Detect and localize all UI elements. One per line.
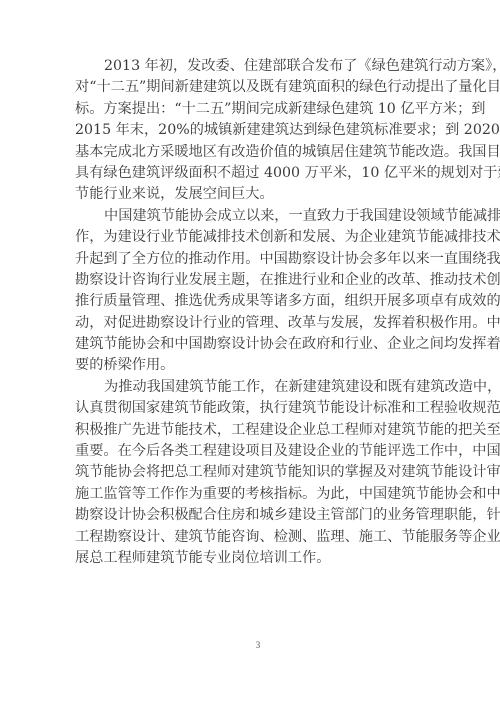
text-line: 勘察设计协会积极配合住房和城乡建设主管部门的业务管理职能，针对 <box>75 505 441 526</box>
text-line: 积极推广先进节能技术，工程建设企业总工程师对建筑节能的把关至关 <box>75 420 441 441</box>
text-line: 重要。在今后各类工程建设项目及建设企业的节能评选工作中，中国建 <box>75 441 441 462</box>
text-line: 建筑节能协会和中国勘察设计协会在政府和行业、企业之间均发挥着重 <box>75 334 441 355</box>
paragraph-2: 中国建筑节能协会成立以来，一直致力于我国建设领域节能减排工 作，为建设行业节能减… <box>75 206 441 377</box>
text-line: 筑节能协会将把总工程师对建筑节能知识的掌握及对建筑节能设计审图、 <box>75 462 441 483</box>
text-line: 施工监管等工作作为重要的考核指标。为此，中国建筑节能协会和中国 <box>75 484 441 505</box>
text-line: 升起到了全方位的推动作用。中国勘察设计协会多年以来一直围绕我国 <box>75 249 441 270</box>
body-text: 2013 年初，发改委、住建部联合发布了《绿色建筑行动方案》， 对“十二五”期间… <box>75 56 441 569</box>
text-line: 推行质量管理、推选优秀成果等诸多方面，组织开展多项卓有成效的活 <box>75 291 441 312</box>
text-line: 认真贯彻国家建筑节能政策，执行建筑节能设计标准和工程验收规范， <box>75 398 441 419</box>
paragraph-3: 为推动我国建筑节能工作，在新建建筑建设和既有建筑改造中，应 认真贯彻国家建筑节能… <box>75 377 441 570</box>
text-line: 2015 年末，20%的城镇新建建筑达到绿色建筑标准要求；到 2020 年末， <box>75 120 441 141</box>
text-line: 作，为建设行业节能减排技术创新和发展、为企业建筑节能减排技术提 <box>75 227 441 248</box>
text-line: 具有绿色建筑评级面积不超过 4000 万平米，10 亿平米的规划对于建筑 <box>75 163 441 184</box>
text-line: 工程勘察设计、建筑节能咨询、检测、监理、施工、节能服务等企业开 <box>75 527 441 548</box>
text-line: 节能行业来说，发展空间巨大。 <box>75 184 441 205</box>
text-line: 中国建筑节能协会成立以来，一直致力于我国建设领域节能减排工 <box>75 206 441 227</box>
page-number: 3 <box>253 640 263 650</box>
text-line: 动，对促进勘察设计行业的管理、改革与发展，发挥着积极作用。中国 <box>75 313 441 334</box>
text-line: 要的桥梁作用。 <box>75 355 441 376</box>
text-line: 2013 年初，发改委、住建部联合发布了《绿色建筑行动方案》， <box>75 56 441 77</box>
text-line: 为推动我国建筑节能工作，在新建建筑建设和既有建筑改造中，应 <box>75 377 441 398</box>
text-line: 展总工程师建筑节能专业岗位培训工作。 <box>75 548 441 569</box>
text-line: 标。方案提出：“十二五”期间完成新建绿色建筑 10 亿平方米；到 <box>75 99 441 120</box>
text-line: 基本完成北方采暖地区有改造价值的城镇居住建筑节能改造。我国目前 <box>75 142 441 163</box>
text-line: 对“十二五”期间新建建筑以及既有建筑面积的绿色行动提出了量化目 <box>75 77 441 98</box>
paragraph-1: 2013 年初，发改委、住建部联合发布了《绿色建筑行动方案》， 对“十二五”期间… <box>75 56 441 206</box>
document-page: 2013 年初，发改委、住建部联合发布了《绿色建筑行动方案》， 对“十二五”期间… <box>0 0 500 707</box>
text-line: 勘察设计咨询行业发展主题，在推进行业和企业的改革、推动技术创新、 <box>75 270 441 291</box>
